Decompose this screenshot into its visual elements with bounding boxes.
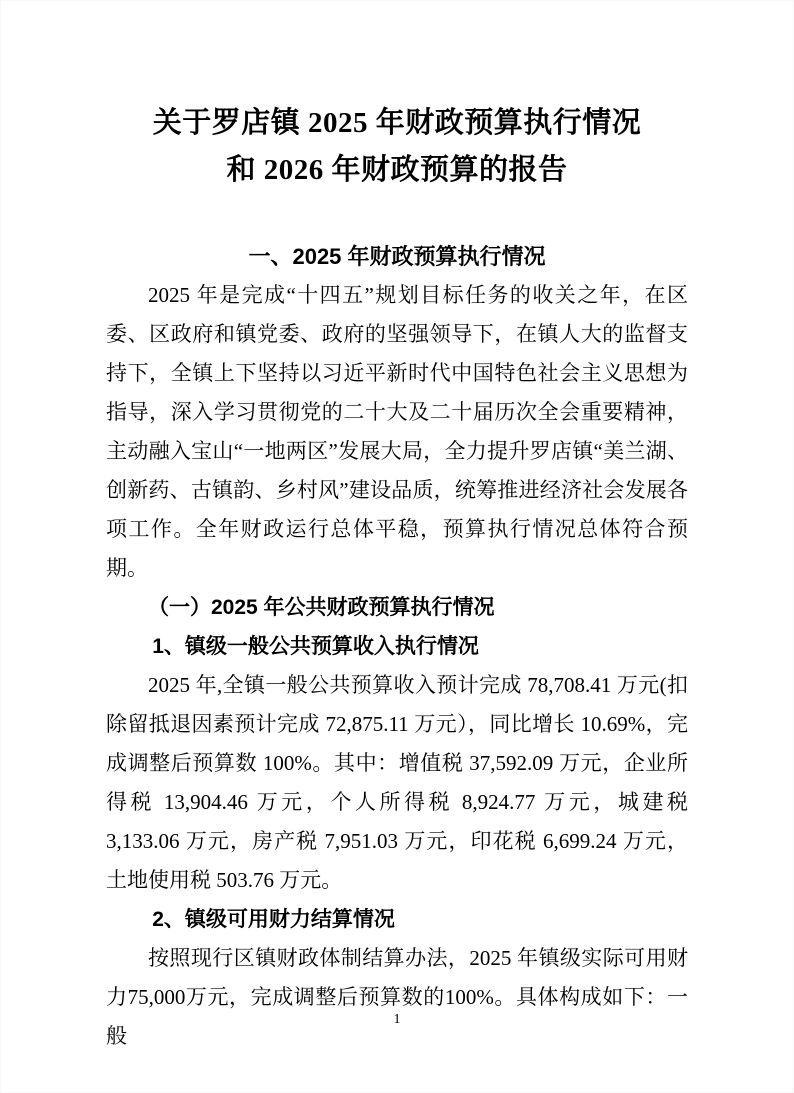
document-title-line1: 关于罗店镇 2025 年财政预算执行情况 — [106, 100, 688, 147]
section-heading-1: 一、2025 年财政预算执行情况 — [106, 237, 688, 276]
page-number: 1 — [0, 1011, 794, 1029]
paragraph-revenue-figures: 2025 年,全镇一般公共预算收入预计完成 78,708.41 万元(扣除留抵退… — [106, 666, 688, 900]
paragraph-available-resources: 按照现行区镇财政体制结算办法，2025 年镇级实际可用财力75,000万元，完成… — [106, 939, 688, 1056]
document-page: { "title": { "line1": "关于罗店镇 2025 年财政预算执… — [0, 0, 794, 1093]
subsection-heading-public-budget: （一）2025 年公共财政预算执行情况 — [106, 588, 688, 627]
paragraph-budget-overview: 2025 年是完成“十四五”规划目标任务的收关之年，在区委、区政府和镇党委、政府… — [106, 276, 688, 588]
document-title: 关于罗店镇 2025 年财政预算执行情况 和 2026 年财政预算的报告 — [106, 100, 688, 194]
page-content: 关于罗店镇 2025 年财政预算执行情况 和 2026 年财政预算的报告 一、2… — [0, 0, 794, 1056]
subsection-heading-revenue-execution: 1、镇级一般公共预算收入执行情况 — [106, 627, 688, 666]
document-title-line2: 和 2026 年财政预算的报告 — [106, 147, 688, 194]
subsection-heading-available-resources: 2、镇级可用财力结算情况 — [106, 900, 688, 939]
